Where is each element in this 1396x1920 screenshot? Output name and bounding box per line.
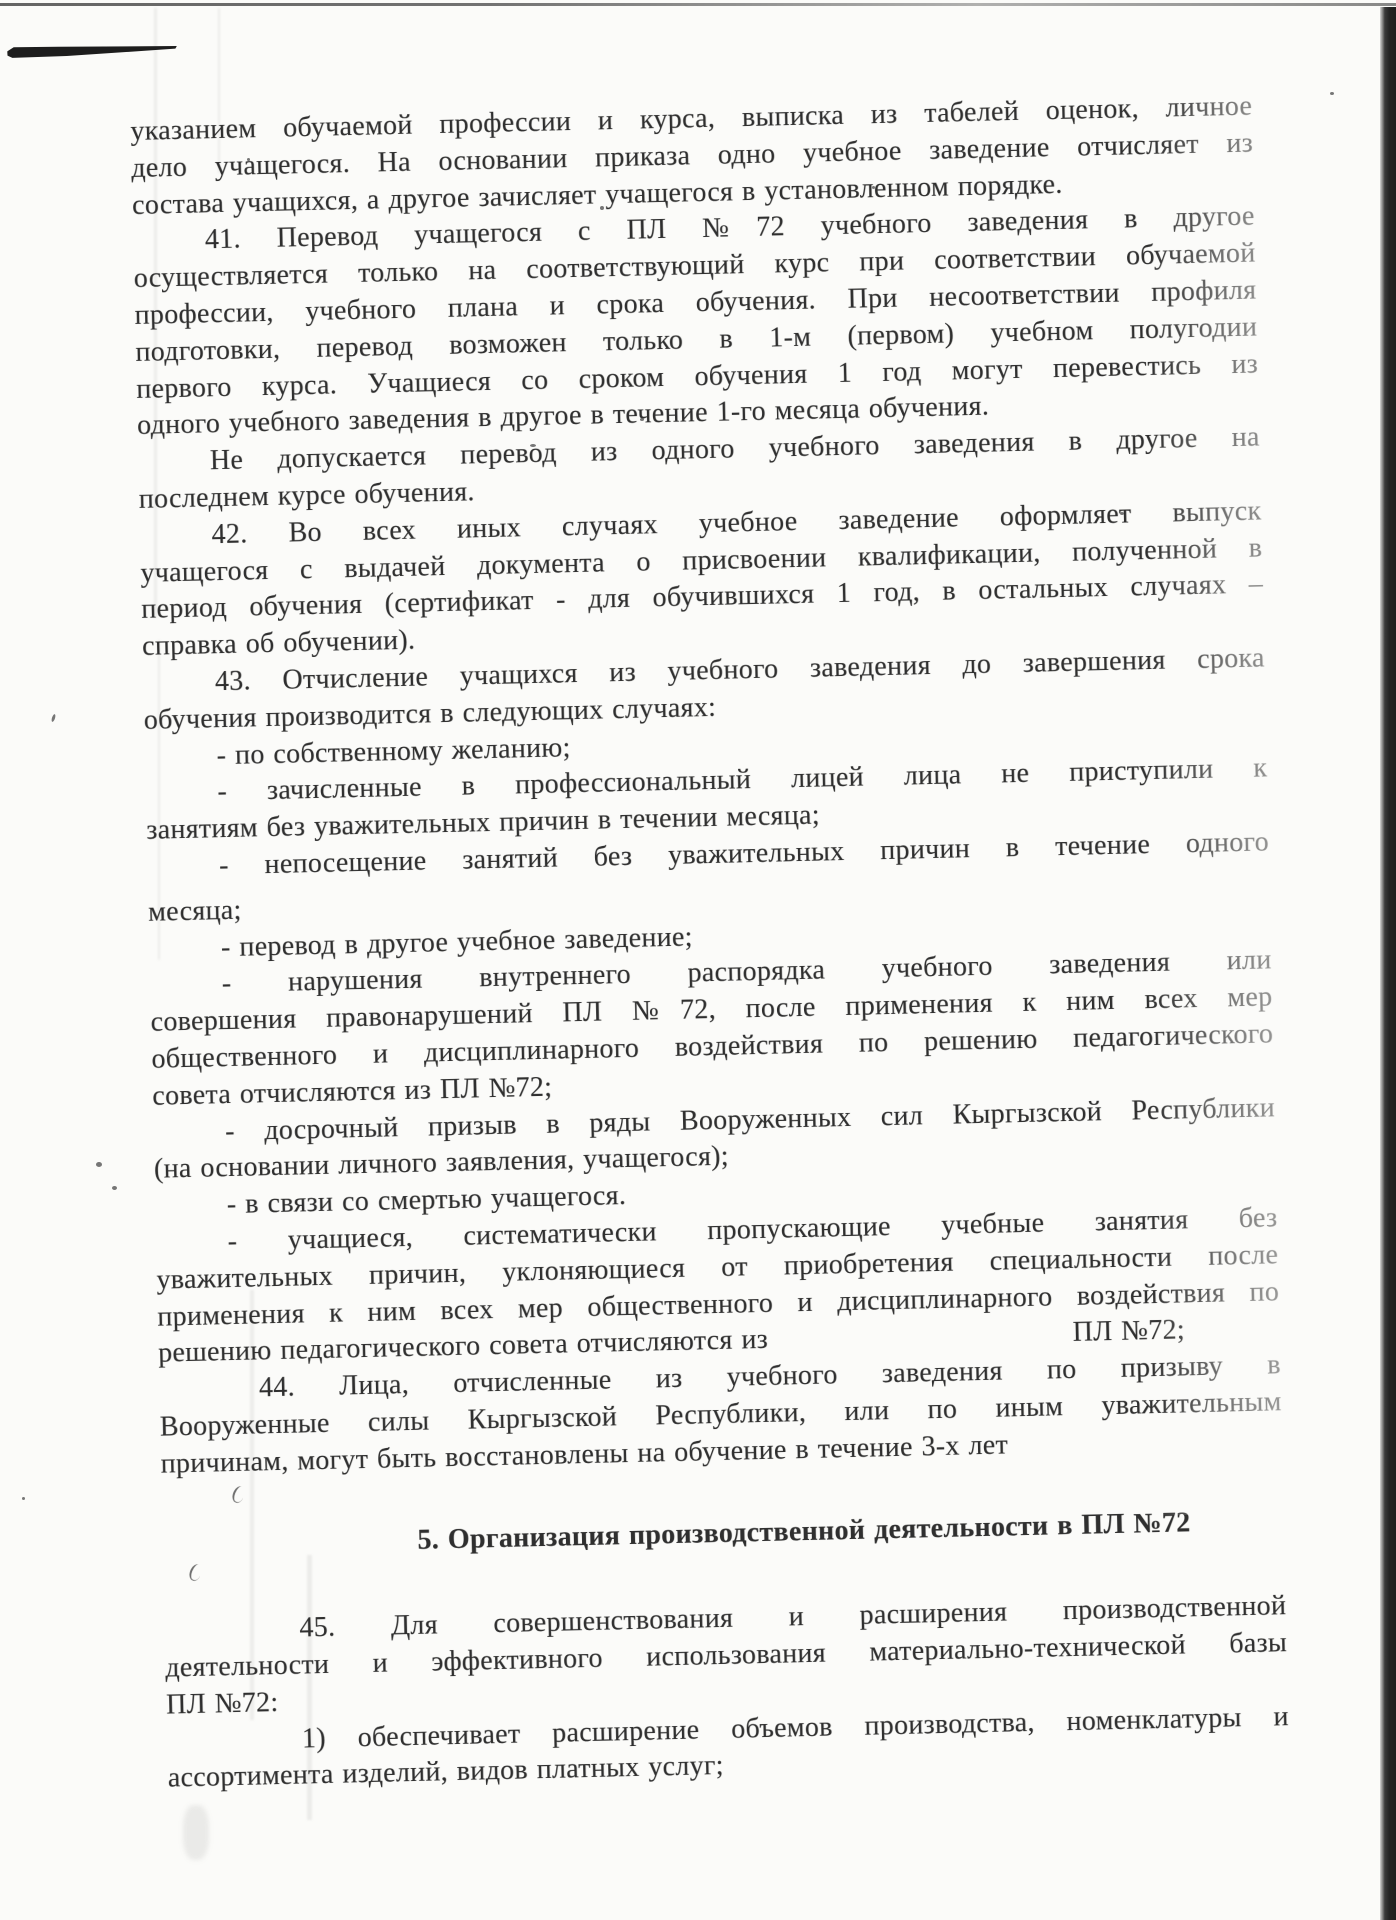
document-text-block: указанием обучаемой профессии и курса, в… <box>130 89 1290 1798</box>
section-heading: 5. Организация производственной деятельн… <box>162 1504 1285 1566</box>
scan-speck <box>640 418 644 421</box>
scan-speck <box>112 1186 117 1190</box>
scan-smudge <box>183 1805 209 1860</box>
scan-speck <box>530 444 536 447</box>
scan-speck <box>600 206 604 210</box>
scan-top-edge-line <box>0 3 1396 6</box>
scan-speck <box>872 186 875 189</box>
scan-ink-streak <box>7 38 177 61</box>
scan-speck <box>22 1497 25 1500</box>
document-lines: указанием обучаемой профессии и курса, в… <box>130 89 1290 1798</box>
scan-speck <box>1120 512 1124 515</box>
scanned-document-page: указанием обучаемой профессии и курса, в… <box>0 0 1396 1920</box>
scan-right-edge-band <box>1380 7 1396 1920</box>
scan-speck <box>1330 92 1334 95</box>
text-fragment: ПЛ №72; <box>1072 1313 1185 1352</box>
scan-speck <box>247 158 250 161</box>
scan-speck <box>51 714 56 723</box>
scan-speck <box>96 1162 102 1167</box>
